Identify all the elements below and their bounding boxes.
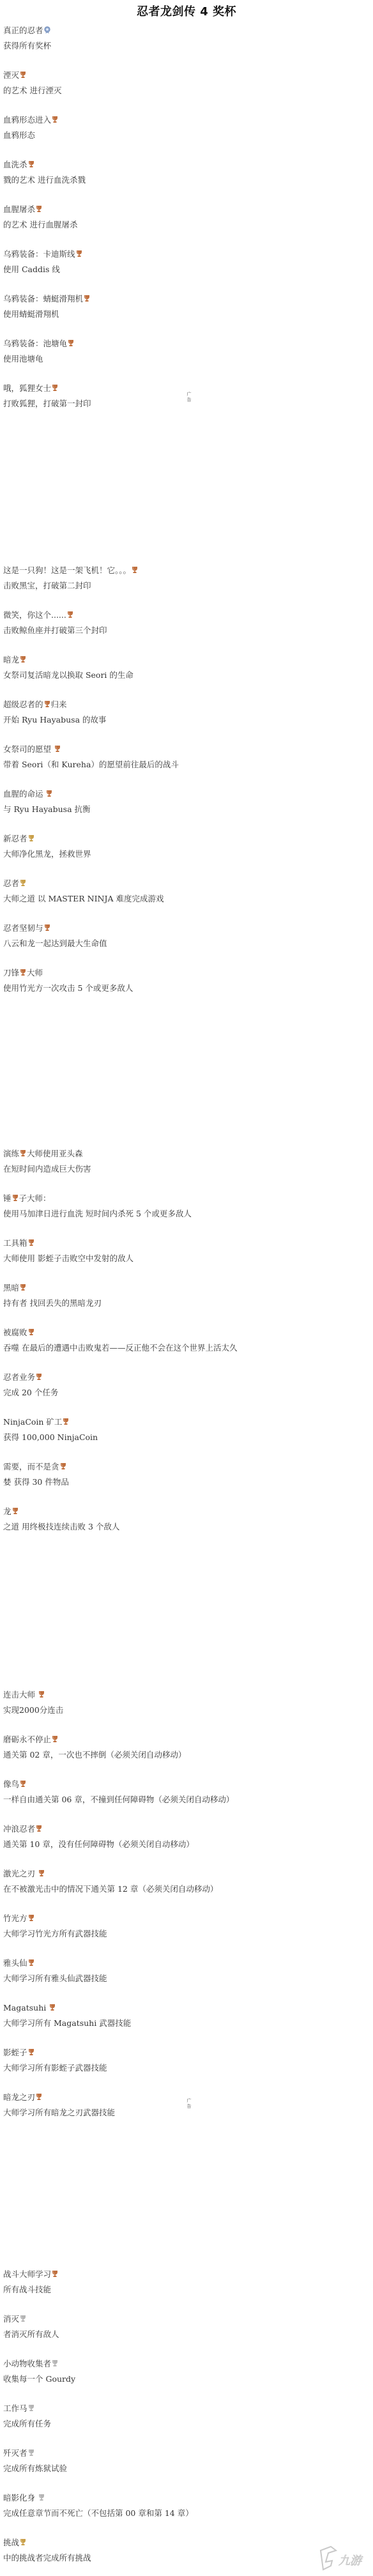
trophy-item: 忍者 大师之道 以 MASTER NINJA 难度完成游戏 <box>3 876 370 921</box>
trophy-item: NinjaCoin 矿工 获得 100,000 NinjaCoin <box>3 1414 370 1459</box>
trophy-item: 血鸦形态进入 血鸦形态 <box>3 112 370 157</box>
trophy-name: 暗龙 <box>3 652 370 668</box>
trophy-item: 挑战 中的挑战者完成所有挑战 <box>3 2535 370 2576</box>
trophy-description: 完成 20 个任务 <box>3 1385 370 1400</box>
bronze-trophy-icon <box>52 2270 58 2278</box>
trophy-description: 所有战斗技能 <box>3 2282 370 2297</box>
trophy-name-text: 血腥的命运 <box>3 789 45 799</box>
trophy-description: 大师之道 以 MASTER NINJA 难度完成游戏 <box>3 891 370 907</box>
trophy-name: 工具箱 <box>3 1236 370 1251</box>
trophy-item: 血腥屠杀 的艺术 进行血腥屠杀 <box>3 202 370 247</box>
trophy-item: 真正的忍者 获得所有奖杯 <box>3 23 370 68</box>
trophy-name-text: 消灭 <box>3 2314 19 2324</box>
trophy-description: 大师学习所有 Magatsuhi 武器技能 <box>3 2016 370 2031</box>
trophy-description: 在不被激光击中的情况下通关第 12 章（必须关闭自动移动） <box>3 1882 370 1897</box>
trophy-name-text: 龙 <box>3 1506 11 1516</box>
trophy-name: 被腐败 <box>3 1325 370 1340</box>
trophy-item: 微笑，你这个...... 击败鲸鱼座并打破第三个封印 <box>3 608 370 652</box>
trophy-name: 新忍者 <box>3 831 370 847</box>
trophy-name-text: NinjaCoin 矿工 <box>3 1417 62 1427</box>
bronze-trophy-icon <box>132 566 138 574</box>
trophy-name-text: 像鸟 <box>3 1779 19 1789</box>
trophy-item: 需要，而不是贪 婪 获得 30 件物品 <box>3 1459 370 1504</box>
trophy-name-text: 战斗大师学习 <box>3 2269 51 2279</box>
trophy-item: 忍者业务 完成 20 个任务 <box>3 1370 370 1414</box>
trophy-name-text: 挑战 <box>3 2538 19 2547</box>
trophy-name-text: 这是一只狗！这是一架飞机！它。。。 <box>3 565 131 575</box>
trophy-description: 通关第 02 章，一次也不摔倒（必须关闭自动移动） <box>3 1747 370 1763</box>
trophy-name-part: 超级忍者的 <box>3 700 43 709</box>
trophy-description: 完成所有任务 <box>3 2416 370 2432</box>
trophy-name-part: 归来 <box>51 700 67 709</box>
trophy-name: 这是一只狗！这是一架飞机！它。。。 <box>3 563 370 578</box>
bronze-trophy-icon <box>38 1869 45 1877</box>
trophy-name-text: 磨砺永不停止 <box>3 1735 51 1744</box>
silver-trophy-icon <box>38 2494 45 2501</box>
trophy-name-text: 工具箱 <box>3 1238 27 1248</box>
trophy-name: 乌鸦装备：卡迪斯线 <box>3 247 370 262</box>
bronze-trophy-icon <box>36 205 42 213</box>
trophy-name: 真正的忍者 <box>3 23 370 38</box>
trophy-name: 工作马 <box>3 2401 370 2416</box>
trophy-description: 通关第 10 章，没有任何障碍物（必须关闭自动移动） <box>3 1837 370 1852</box>
trophy-list-section-1: 真正的忍者 获得所有奖杯 湮灭 的艺术 进行湮灭 血鸦形态进入 血鸦形态 血洗杀… <box>3 23 370 425</box>
trophy-description: 中的挑战者完成所有挑战 <box>3 2550 370 2566</box>
trophy-item: 暗龙之刃 大师学习所有暗龙之刃武器技能 <box>3 2090 370 2135</box>
trophy-name: 激光之刃 <box>3 1866 370 1882</box>
trophy-item: 战斗大师学习 所有战斗技能 <box>3 2267 370 2311</box>
trophy-name-text: 女祭司的愿望 <box>3 744 54 754</box>
trophy-description: 完成任意章节而不死亡（不包括第 00 章和第 14 章） <box>3 2506 370 2521</box>
silver-trophy-icon <box>28 2449 34 2457</box>
trophy-name-text: 真正的忍者 <box>3 26 43 35</box>
trophy-item: 消灭 者消灭所有敌人 <box>3 2311 370 2356</box>
trophy-name-part: 子大师： <box>19 1193 51 1203</box>
bronze-trophy-icon <box>44 924 50 931</box>
trophy-item: 歼灭者 完成所有炼狱试验 <box>3 2446 370 2490</box>
trophy-name-text: 工作马 <box>3 2403 27 2413</box>
trophy-item: 忍者坚韧与 八云和龙一起达到最大生命值 <box>3 921 370 965</box>
trophy-name: 雅头仙 <box>3 1956 370 1971</box>
trophy-item: 演练大师使用亚头森 在短时间内造成巨大伤害 <box>3 1146 370 1191</box>
trophy-name: 血腥屠杀 <box>3 202 370 217</box>
trophy-item: 像鸟 一样自由通关第 06 章，不撞到任何障碍物（必须关闭自动移动） <box>3 1777 370 1821</box>
trophy-name: 磨砺永不停止 <box>3 1732 370 1747</box>
trophy-description: 使用蜻蜓滑翔机 <box>3 307 370 322</box>
trophy-item: 锤子大师： 使用马加津日进行血洗 短时间内杀死 5 个或更多敌人 <box>3 1191 370 1236</box>
trophy-item: 哦，狐狸女士 打败狐狸，打破第一封印 <box>3 381 370 425</box>
trophy-name: 需要，而不是贪 <box>3 1459 370 1475</box>
trophy-name: 连击大师 <box>3 1687 370 1703</box>
bronze-trophy-icon <box>60 1462 66 1470</box>
trophy-description: 之道 用终极技连续击败 3 个敌人 <box>3 1519 370 1535</box>
svg-text:九游: 九游 <box>339 2554 363 2568</box>
trophy-item: 影蛭子 大师学习所有影蛭子武器技能 <box>3 2045 370 2090</box>
bronze-trophy-icon <box>20 71 26 79</box>
bronze-trophy-icon <box>52 1735 58 1743</box>
bronze-trophy-icon <box>20 655 26 663</box>
bronze-trophy-icon <box>52 384 58 392</box>
trophy-description: 完成所有炼狱试验 <box>3 2461 370 2476</box>
trophy-list-section-4: 连击大师 实现2000分连击 磨砺永不停止 通关第 02 章，一次也不摔倒（必须… <box>3 1687 370 2135</box>
trophy-name-text: 小动物收集者 <box>3 2359 51 2368</box>
trophy-description: 与 Ryu Hayabusa 抗衡 <box>3 802 370 817</box>
trophy-item: 连击大师 实现2000分连击 <box>3 1687 370 1732</box>
trophy-description: 击败黑宝，打破第二封印 <box>3 578 370 594</box>
trophy-item: 被腐败 吞噬 在最后的遭遇中击败鬼若——反正他不会在这个世界上活太久 <box>3 1325 370 1370</box>
trophy-name: 忍者业务 <box>3 1370 370 1385</box>
trophy-name: 消灭 <box>3 2311 370 2327</box>
bronze-trophy-icon <box>20 1780 26 1788</box>
trophy-name: 演练大师使用亚头森 <box>3 1146 370 1161</box>
trophy-name: 龙 <box>3 1504 370 1519</box>
trophy-name-text: 哦，狐狸女士 <box>3 383 51 393</box>
bronze-trophy-icon <box>49 2004 56 2011</box>
bronze-trophy-icon <box>44 700 50 708</box>
trophy-description: 使用竹光方一次攻击 5 个或更多敌人 <box>3 981 370 996</box>
trophy-name: 刀锋大师 <box>3 965 370 981</box>
gold-trophy-icon <box>28 834 34 842</box>
trophy-name-part: 大师 <box>27 968 43 977</box>
trophy-name: 超级忍者的归来 <box>3 697 370 712</box>
trophy-name: Magatsuhi <box>3 2000 370 2016</box>
trophy-item: 湮灭 的艺术 进行湮灭 <box>3 68 370 112</box>
trophy-name-text: Magatsuhi <box>3 2003 49 2012</box>
jiuyou-logo-icon: 九游 <box>317 2544 370 2572</box>
bronze-trophy-icon <box>28 1239 34 1246</box>
trophy-description: 的艺术 进行血腥屠杀 <box>3 217 370 233</box>
trophy-name-text: 连击大师 <box>3 1690 38 1699</box>
trophy-name: 像鸟 <box>3 1777 370 1792</box>
trophy-name: 血腥的命运 <box>3 786 370 802</box>
trophy-name: 忍者 <box>3 876 370 891</box>
trophy-description: 开始 Ryu Hayabusa 的故事 <box>3 712 370 728</box>
trophy-name: 锤子大师： <box>3 1191 370 1206</box>
trophy-name-text: 血洗杀 <box>3 160 27 169</box>
trophy-name-text: 忍者坚韧与 <box>3 923 43 933</box>
trophy-item: 暗影化身 完成任意章节而不死亡（不包括第 00 章和第 14 章） <box>3 2490 370 2535</box>
trophy-name: 暗影化身 <box>3 2490 370 2506</box>
trophy-description: 戮的艺术 进行血洗杀戮 <box>3 172 370 188</box>
trophy-name: 竹光方 <box>3 1911 370 1926</box>
trophy-name: 冲浪忍者 <box>3 1821 370 1837</box>
trophy-name-text: 被腐败 <box>3 1328 27 1337</box>
bronze-trophy-icon <box>28 2048 34 2056</box>
bronze-trophy-icon <box>52 116 58 123</box>
trophy-name: 女祭司的愿望 <box>3 742 370 757</box>
trophy-name-text: 暗龙 <box>3 655 19 664</box>
trophy-item: 工具箱 大师使用 影蛭子击败空中发射的敌人 <box>3 1236 370 1280</box>
trophy-description: 大师净化黑龙，拯救世界 <box>3 847 370 862</box>
ad-placeholder[interactable]: 广告 <box>185 2098 193 2110</box>
trophy-item: 龙 之道 用终极技连续击败 3 个敌人 <box>3 1504 370 1549</box>
trophy-item: Magatsuhi 大师学习所有 Magatsuhi 武器技能 <box>3 2000 370 2045</box>
watermark-logo: 九游 <box>317 2544 370 2572</box>
trophy-list-section-2: 这是一只狗！这是一架飞机！它。。。 击败黑宝，打破第二封印 微笑，你这个....… <box>3 563 370 1010</box>
trophy-name-text: 黑暗 <box>3 1283 19 1292</box>
trophy-list-section-5: 战斗大师学习 所有战斗技能 消灭 者消灭所有敌人 小动物收集者 收集每一个 Go… <box>3 2267 370 2576</box>
trophy-item: 暗龙 女祭司复活暗龙以换取 Seori 的生命 <box>3 652 370 697</box>
bronze-trophy-icon <box>36 1373 42 1381</box>
trophy-name: 影蛭子 <box>3 2045 370 2060</box>
bronze-trophy-icon <box>20 1284 26 1291</box>
trophy-name: 血洗杀 <box>3 157 370 172</box>
trophy-item: 超级忍者的归来 开始 Ryu Hayabusa 的故事 <box>3 697 370 742</box>
trophy-name-text: 微笑，你这个...... <box>3 610 66 620</box>
trophy-description: 实现2000分连击 <box>3 1703 370 1718</box>
bronze-trophy-icon <box>68 339 74 347</box>
trophy-description: 者消灭所有敌人 <box>3 2327 370 2342</box>
trophy-name: 乌鸦装备：蜻蜓滑翔机 <box>3 291 370 307</box>
bronze-trophy-icon <box>38 1690 45 1698</box>
trophy-description: 大师学习所有雅头仙武器技能 <box>3 1971 370 1986</box>
trophy-description: 带着 Seori（和 Kureha）的愿望前往最后的战斗 <box>3 757 370 772</box>
bronze-trophy-icon <box>28 1328 34 1336</box>
trophy-name-part: 演练 <box>3 1149 19 1158</box>
trophy-name-text: 影蛭子 <box>3 2048 27 2057</box>
trophy-description: 女祭司复活暗龙以换取 Seori 的生命 <box>3 668 370 683</box>
trophy-description: 击败鲸鱼座并打破第三个封印 <box>3 623 370 638</box>
trophy-item: 乌鸦装备：蜻蜓滑翔机 使用蜻蜓滑翔机 <box>3 291 370 336</box>
ad-placeholder[interactable]: 广告 <box>185 392 193 403</box>
trophy-name-text: 新忍者 <box>3 834 27 843</box>
trophy-name: 小动物收集者 <box>3 2356 370 2372</box>
page-title: 忍者龙剑传 4 奖杯 <box>0 3 373 19</box>
trophy-description: 收集每一个 Gourdy <box>3 2372 370 2387</box>
trophy-name: 黑暗 <box>3 1280 370 1296</box>
silver-trophy-icon <box>28 2404 34 2412</box>
trophy-name-text: 乌鸦装备：蜻蜓滑翔机 <box>3 294 83 303</box>
trophy-description: 在短时间内造成巨大伤害 <box>3 1161 370 1177</box>
silver-trophy-icon <box>52 2359 58 2367</box>
trophy-item: 工作马 完成所有任务 <box>3 2401 370 2446</box>
trophy-name-text: 竹光方 <box>3 1913 27 1923</box>
trophy-name-part: 刀锋 <box>3 968 19 977</box>
trophy-name-text: 血腥屠杀 <box>3 204 35 214</box>
trophy-item: 女祭司的愿望 带着 Seori（和 Kureha）的愿望前往最后的战斗 <box>3 742 370 786</box>
trophy-name: 血鸦形态进入 <box>3 112 370 128</box>
trophy-list-section-3: 演练大师使用亚头森 在短时间内造成巨大伤害 锤子大师： 使用马加津日进行血洗 短… <box>3 1146 370 1549</box>
trophy-description: 血鸦形态 <box>3 128 370 143</box>
trophy-name-text: 乌鸦装备：卡迪斯线 <box>3 249 75 259</box>
trophy-name: 挑战 <box>3 2535 370 2550</box>
trophy-item: 磨砺永不停止 通关第 02 章，一次也不摔倒（必须关闭自动移动） <box>3 1732 370 1777</box>
gold-trophy-icon <box>20 879 26 887</box>
trophy-item: 这是一只狗！这是一架飞机！它。。。 击败黑宝，打破第二封印 <box>3 563 370 608</box>
trophy-name-part: 锤 <box>3 1193 11 1203</box>
trophy-description: 大师学习所有影蛭子武器技能 <box>3 2060 370 2076</box>
trophy-item: 乌鸦装备：池塘龟 使用池塘龟 <box>3 336 370 381</box>
trophy-name-text: 雅头仙 <box>3 1958 27 1968</box>
platinum-trophy-icon <box>44 26 50 34</box>
trophy-description: 持有者 找回丢失的黑暗龙刃 <box>3 1296 370 1311</box>
trophy-description: 吞噬 在最后的遭遇中击败鬼若——反正他不会在这个世界上活太久 <box>3 1340 370 1356</box>
gold-trophy-icon <box>20 2538 26 2546</box>
bronze-trophy-icon <box>76 250 82 257</box>
trophy-name-text: 激光之刃 <box>3 1869 38 1878</box>
trophy-name: NinjaCoin 矿工 <box>3 1414 370 1430</box>
trophy-name-text: 暗龙之刃 <box>3 2092 35 2102</box>
trophy-name-text: 乌鸦装备：池塘龟 <box>3 339 67 348</box>
trophy-name-part: 大师使用亚头森 <box>27 1149 83 1158</box>
bronze-trophy-icon <box>54 745 61 753</box>
bronze-trophy-icon <box>20 1149 26 1157</box>
bronze-trophy-icon <box>36 1825 42 1832</box>
trophy-item: 激光之刃 在不被激光击中的情况下通关第 12 章（必须关闭自动移动） <box>3 1866 370 1911</box>
trophy-name-text: 血鸦形态进入 <box>3 115 51 125</box>
bronze-trophy-icon <box>12 1194 19 1202</box>
trophy-description: 婪 获得 30 件物品 <box>3 1475 370 1490</box>
trophy-name-text: 忍者业务 <box>3 1372 35 1382</box>
trophy-item: 竹光方 大师学习竹光方所有武器技能 <box>3 1911 370 1956</box>
silver-trophy-icon <box>20 2315 26 2322</box>
trophy-item: 小动物收集者 收集每一个 Gourdy <box>3 2356 370 2401</box>
trophy-name-text: 需要，而不是贪 <box>3 1462 59 1471</box>
trophy-item: 新忍者 大师净化黑龙，拯救世界 <box>3 831 370 876</box>
trophy-item: 血腥的命运 与 Ryu Hayabusa 抗衡 <box>3 786 370 831</box>
bronze-trophy-icon <box>28 1959 34 1966</box>
trophy-description: 大师学习竹光方所有武器技能 <box>3 1926 370 1942</box>
trophy-item: 乌鸦装备：卡迪斯线 使用 Caddis 线 <box>3 247 370 291</box>
bronze-trophy-icon <box>84 295 90 302</box>
bronze-trophy-icon <box>46 790 52 797</box>
trophy-name-text: 湮灭 <box>3 70 19 80</box>
trophy-name: 乌鸦装备：池塘龟 <box>3 336 370 351</box>
bronze-trophy-icon <box>20 969 26 976</box>
trophy-item: 刀锋大师 使用竹光方一次攻击 5 个或更多敌人 <box>3 965 370 1010</box>
trophy-name-text: 歼灭者 <box>3 2448 27 2458</box>
trophy-name: 微笑，你这个...... <box>3 608 370 623</box>
trophy-name: 歼灭者 <box>3 2446 370 2461</box>
trophy-name-text: 忍者 <box>3 878 19 888</box>
trophy-name: 湮灭 <box>3 68 370 83</box>
bronze-trophy-icon <box>28 1914 34 1922</box>
trophy-item: 黑暗 持有者 找回丢失的黑暗龙刃 <box>3 1280 370 1325</box>
trophy-name-text: 暗影化身 <box>3 2493 38 2503</box>
trophy-description: 的艺术 进行湮灭 <box>3 83 370 98</box>
bronze-trophy-icon <box>36 2093 42 2101</box>
trophy-item: 雅头仙 大师学习所有雅头仙武器技能 <box>3 1956 370 2000</box>
trophy-description: 大师使用 影蛭子击败空中发射的敌人 <box>3 1251 370 1266</box>
trophy-description: 八云和龙一起达到最大生命值 <box>3 936 370 951</box>
trophy-description: 一样自由通关第 06 章，不撞到任何障碍物（必须关闭自动移动） <box>3 1792 370 1807</box>
trophy-description: 使用马加津日进行血洗 短时间内杀死 5 个或更多敌人 <box>3 1206 370 1222</box>
trophy-item: 冲浪忍者 通关第 10 章，没有任何障碍物（必须关闭自动移动） <box>3 1821 370 1866</box>
trophy-description: 获得 100,000 NinjaCoin <box>3 1430 370 1445</box>
trophy-description: 获得所有奖杯 <box>3 38 370 54</box>
bronze-trophy-icon <box>67 611 73 618</box>
trophy-name: 忍者坚韧与 <box>3 921 370 936</box>
trophy-description: 使用 Caddis 线 <box>3 262 370 277</box>
trophy-name-text: 冲浪忍者 <box>3 1824 35 1834</box>
trophy-item: 血洗杀 戮的艺术 进行血洗杀戮 <box>3 157 370 202</box>
bronze-trophy-icon <box>12 1507 19 1515</box>
bronze-trophy-icon <box>28 160 34 168</box>
trophy-name: 战斗大师学习 <box>3 2267 370 2282</box>
bronze-trophy-icon <box>63 1418 69 1425</box>
trophy-description: 使用池塘龟 <box>3 351 370 367</box>
